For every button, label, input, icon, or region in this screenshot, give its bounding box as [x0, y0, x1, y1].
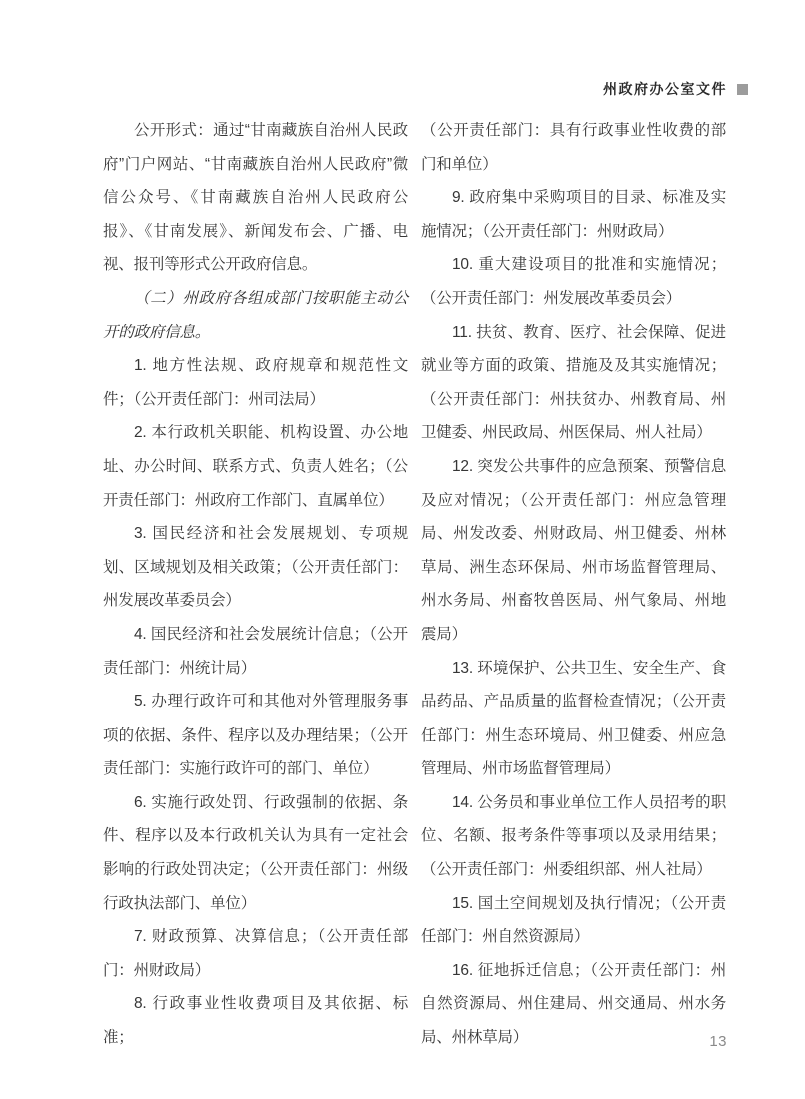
header-title: 州政府办公室文件 [603, 79, 727, 99]
paragraph: 6. 实施行政处罚、行政强制的依据、条件、程序以及本行政机关认为具有一定社会影响… [103, 786, 408, 920]
paragraph: 12. 突发公共事件的应急预案、预警信息及应对情况；（公开责任部门：州应急管理局… [421, 450, 726, 652]
paragraph: 4. 国民经济和社会发展统计信息；（公开责任部门：州统计局） [103, 618, 408, 685]
page-number: 13 [709, 1033, 727, 1050]
document-page: 州政府办公室文件 公开形式：通过“甘南藏族自治州人民政府”门户网站、“甘南藏族自… [0, 0, 805, 1099]
header-square-icon [737, 84, 748, 95]
page-header: 州政府办公室文件 [603, 79, 748, 99]
paragraph: 13. 环境保护、公共卫生、安全生产、食品药品、产品质量的监督检查情况；（公开责… [421, 652, 726, 786]
paragraph: 16. 征地拆迁信息；（公开责任部门：州自然资源局、州住建局、州交通局、州水务局… [421, 954, 726, 1055]
paragraph: 7. 财政预算、决算信息；（公开责任部门：州财政局） [103, 920, 408, 987]
paragraph: （二）州政府各组成部门按职能主动公开的政府信息。 [103, 282, 408, 349]
paragraph: 5. 办理行政许可和其他对外管理服务事项的依据、条件、程序以及办理结果；（公开责… [103, 685, 408, 786]
paragraph: 公开形式：通过“甘南藏族自治州人民政府”门户网站、“甘南藏族自治州人民政府”微信… [103, 114, 408, 282]
paragraph: 14. 公务员和事业单位工作人员招考的职位、名额、报考条件等事项以及录用结果；（… [421, 786, 726, 887]
left-column: 公开形式：通过“甘南藏族自治州人民政府”门户网站、“甘南藏族自治州人民政府”微信… [103, 114, 408, 1055]
paragraph: 3. 国民经济和社会发展规划、专项规划、区域规划及相关政策；（公开责任部门：州发… [103, 517, 408, 618]
paragraph: 15. 国土空间规划及执行情况；（公开责任部门：州自然资源局） [421, 887, 726, 954]
paragraph: 9. 政府集中采购项目的目录、标准及实施情况；（公开责任部门：州财政局） [421, 181, 726, 248]
right-column: （公开责任部门：具有行政事业性收费的部门和单位）9. 政府集中采购项目的目录、标… [421, 114, 726, 1055]
paragraph: 1. 地方性法规、政府规章和规范性文件；（公开责任部门：州司法局） [103, 349, 408, 416]
paragraph: 11. 扶贫、教育、医疗、社会保障、促进就业等方面的政策、措施及及其实施情况；（… [421, 316, 726, 450]
document-body: 公开形式：通过“甘南藏族自治州人民政府”门户网站、“甘南藏族自治州人民政府”微信… [103, 114, 727, 1055]
paragraph: 2. 本行政机关职能、机构设置、办公地址、办公时间、联系方式、负责人姓名；（公开… [103, 416, 408, 517]
paragraph: 8. 行政事业性收费项目及其依据、标准； [103, 987, 408, 1054]
paragraph: （公开责任部门：具有行政事业性收费的部门和单位） [421, 114, 726, 181]
paragraph: 10. 重大建设项目的批准和实施情况；（公开责任部门：州发展改革委员会） [421, 248, 726, 315]
